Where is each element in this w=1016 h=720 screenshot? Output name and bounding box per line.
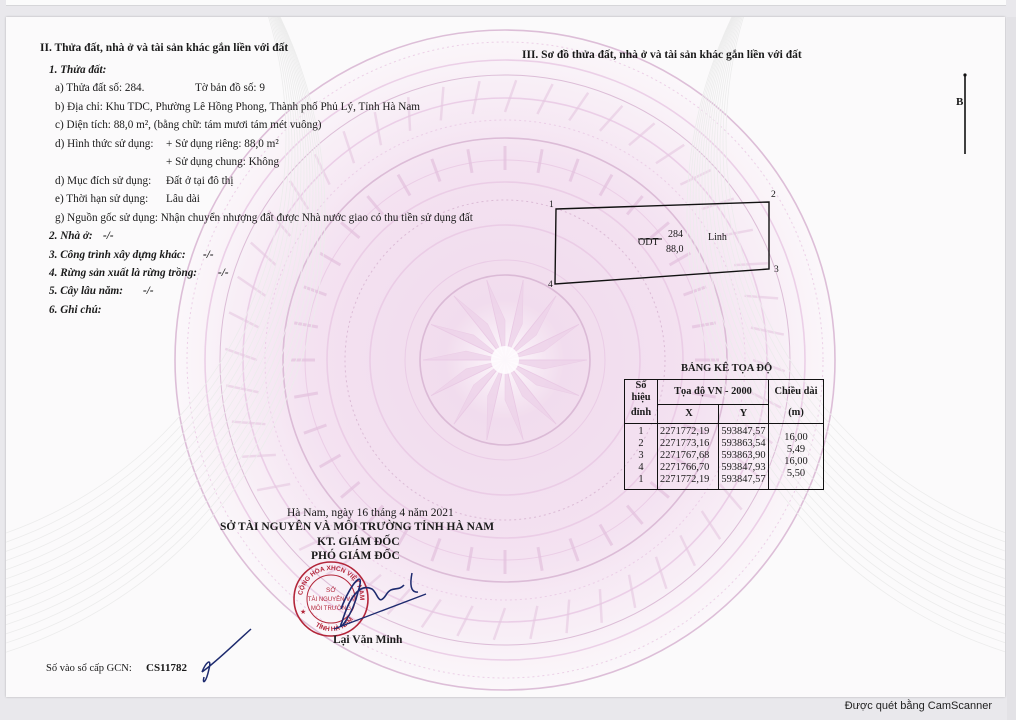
- scroll-rail: [1007, 17, 1016, 720]
- parcel-outline: [555, 202, 769, 284]
- lengths-cell: 16,00 5,49 16,00 5,50: [769, 423, 824, 489]
- row-vertex-no: 1: [625, 426, 657, 438]
- scanner-watermark: Được quét bằng CamScanner: [845, 700, 992, 712]
- header-vertex-2: đỉnh: [625, 404, 658, 423]
- row-x: 2271766,70: [660, 462, 718, 474]
- row-y: 593863,90: [719, 450, 768, 462]
- row-x: 2271772,19: [660, 426, 718, 438]
- svg-text:TÀI NGUYÊN VÀ: TÀI NGUYÊN VÀ: [308, 595, 354, 603]
- header-length-1: Chiều dài: [769, 380, 824, 405]
- row-x: 2271767,68: [660, 450, 718, 462]
- registry-label: Số vào sổ cấp GCN:: [46, 662, 132, 676]
- header-x: X: [658, 404, 719, 423]
- parcel-diagram: [6, 17, 1005, 697]
- coord-table-title: BẢNG KÊ TỌA ĐỘ: [681, 363, 772, 374]
- diagram-area: 88,0: [666, 243, 684, 257]
- certificate-page: II. Thửa đất, nhà ở và tài sản khác gắn …: [6, 17, 1005, 697]
- signer-role-1: KT. GIÁM ĐỐC: [317, 535, 400, 549]
- vertex-numbers-cell: 1 2 3 4 1: [625, 423, 658, 489]
- issuing-authority: SỞ TÀI NGUYÊN VÀ MÔI TRƯỜNG TỈNH HÀ NAM: [220, 520, 494, 534]
- previous-page-edge: [6, 0, 1006, 6]
- place-date: Hà Nam, ngày 16 tháng 4 năm 2021: [287, 506, 454, 520]
- vertex-1-label: 1: [549, 198, 554, 212]
- svg-text:SỞ: SỞ: [326, 585, 336, 594]
- edge-length: 16,00: [769, 432, 823, 444]
- signer-name: Lại Văn Minh: [333, 633, 402, 647]
- header-vertex-1: Số hiệu: [625, 380, 658, 405]
- neighbor-name: Linh: [708, 231, 727, 245]
- north-arrow-tip: [963, 73, 966, 76]
- y-values-cell: 593847,57 593863,54 593863,90 593847,93 …: [719, 423, 769, 489]
- north-label: B: [956, 95, 963, 109]
- land-code: ODT: [638, 236, 659, 250]
- row-vertex-no: 3: [625, 450, 657, 462]
- row-x: 2271772,19: [660, 474, 718, 486]
- header-length-2: (m): [769, 404, 824, 423]
- row-y: 593847,57: [719, 474, 768, 486]
- row-x: 2271773,16: [660, 438, 718, 450]
- x-values-cell: 2271772,19 2271773,16 2271767,68 2271766…: [658, 423, 719, 489]
- edge-length: 5,50: [769, 468, 823, 480]
- row-vertex-no: 2: [625, 438, 657, 450]
- vertex-3-label: 3: [774, 263, 779, 277]
- coord-table: Số hiệu Tọa độ VN - 2000 Chiều dài đỉnh …: [624, 379, 824, 490]
- row-y: 593847,57: [719, 426, 768, 438]
- edge-length: 16,00: [769, 456, 823, 468]
- svg-text:★: ★: [300, 608, 306, 616]
- edge-length: 5,49: [769, 444, 823, 456]
- registry-number: CS11782: [146, 661, 187, 675]
- row-y: 593847,93: [719, 462, 768, 474]
- svg-text:MÔI TRƯỜNG: MÔI TRƯỜNG: [311, 605, 351, 612]
- official-stamp: CỘNG HÒA XHCN VIỆT NAM TỈNH HÀ NAM SỞ TÀ…: [292, 560, 370, 638]
- header-coords: Tọa độ VN - 2000: [658, 380, 769, 405]
- row-vertex-no: 1: [625, 474, 657, 486]
- header-y: Y: [719, 404, 769, 423]
- vertex-2-label: 2: [771, 188, 776, 202]
- diagram-parcel-number: 284: [668, 228, 683, 242]
- row-vertex-no: 4: [625, 462, 657, 474]
- vertex-4-label: 4: [548, 278, 553, 292]
- row-y: 593863,54: [719, 438, 768, 450]
